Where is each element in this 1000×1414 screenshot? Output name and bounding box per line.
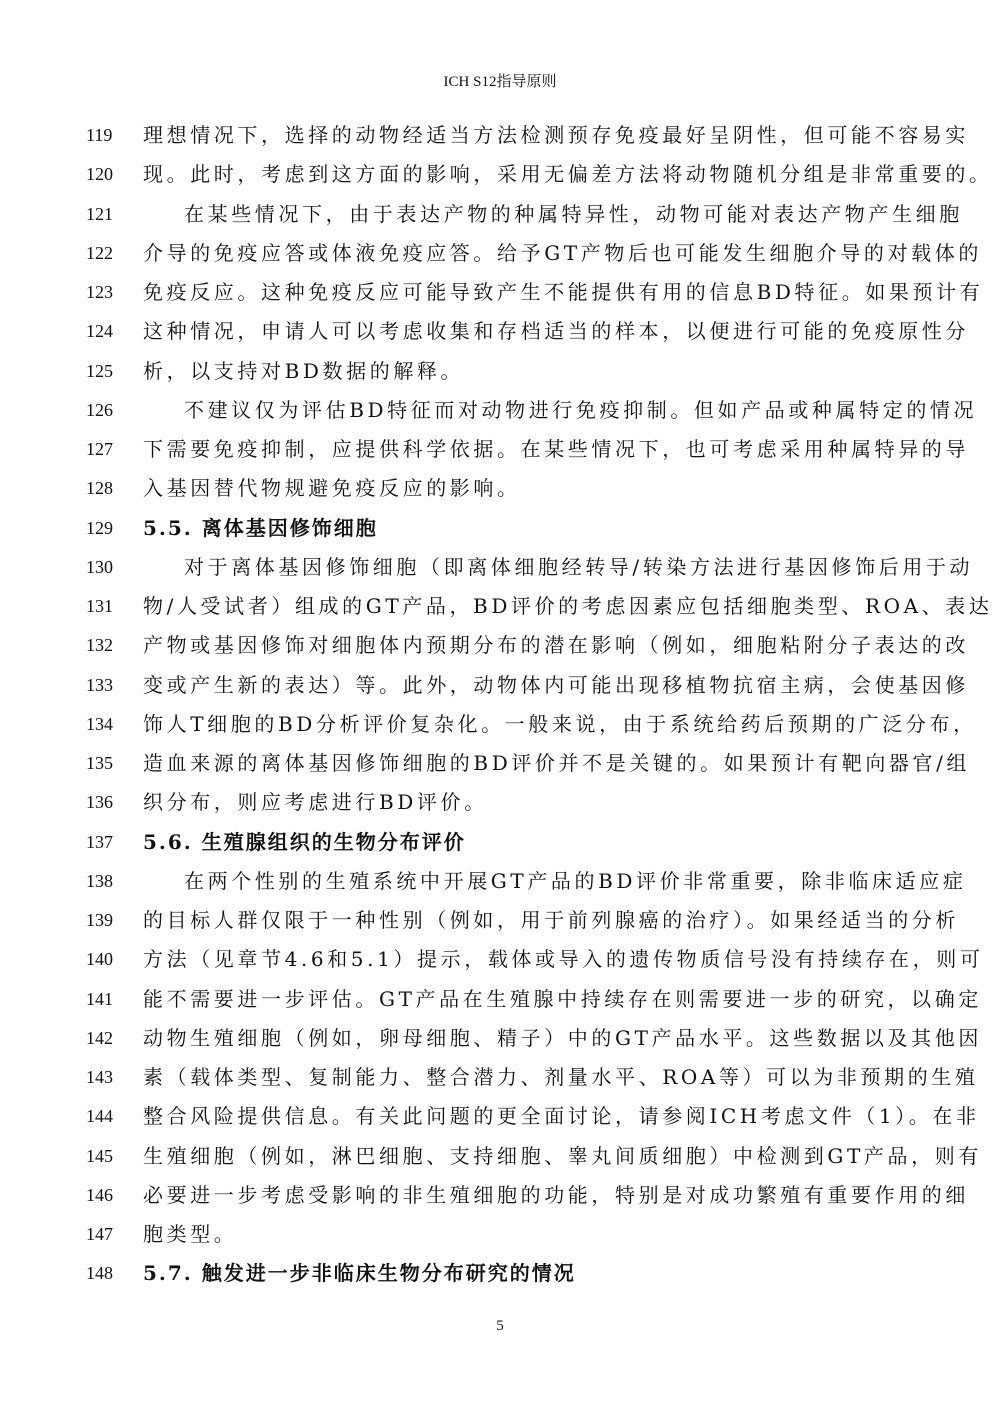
line-number: 139	[86, 901, 126, 940]
paragraph-text: 变或产生新的表达）等。此外，动物体内可能出现移植物抗宿主病，会使基因修	[143, 666, 969, 705]
line-number: 126	[86, 391, 126, 430]
text-line: 123免疫反应。这种免疫反应可能导致产生不能提供有用的信息BD特征。如果预计有	[0, 273, 1000, 312]
text-line: 135造血来源的离体基因修饰细胞的BD评价并不是关键的。如果预计有靶向器官/组	[0, 744, 1000, 783]
paragraph-text: 不建议仅为评估BD特征而对动物进行免疫抑制。但如产品或种属特定的情况	[184, 391, 977, 430]
text-line: 130对于离体基因修饰细胞（即离体细胞经转导/转染方法进行基因修饰后用于动	[0, 548, 1000, 587]
line-number: 127	[86, 430, 126, 469]
line-number: 140	[86, 940, 126, 979]
line-number: 128	[86, 469, 126, 508]
section-heading-line: 1375.6. 生殖腺组织的生物分布评价	[0, 823, 1000, 862]
line-number: 125	[86, 352, 126, 391]
paragraph-text: 胞类型。	[143, 1215, 237, 1254]
paragraph-text: 能不需要进一步评估。GT产品在生殖腺中持续存在则需要进一步的研究，以确定	[143, 980, 982, 1019]
section-heading-line: 1295.5. 离体基因修饰细胞	[0, 509, 1000, 548]
paragraph-text: 织分布，则应考虑进行BD评价。	[143, 783, 488, 822]
text-line: 128入基因替代物规避免疫反应的影响。	[0, 469, 1000, 508]
line-number: 134	[86, 705, 126, 744]
text-line: 131物/人受试者）组成的GT产品，BD评价的考虑因素应包括细胞类型、ROA、表…	[0, 587, 1000, 626]
line-number: 132	[86, 626, 126, 665]
paragraph-text: 方法（见章节4.6和5.1）提示，载体或导入的遗传物质信号没有持续存在，则可	[143, 940, 983, 979]
line-number: 141	[86, 980, 126, 1019]
text-line: 120现。此时，考虑到这方面的影响，采用无偏差方法将动物随机分组是非常重要的。	[0, 155, 1000, 194]
line-number: 123	[86, 273, 126, 312]
text-line: 140方法（见章节4.6和5.1）提示，载体或导入的遗传物质信号没有持续存在，则…	[0, 940, 1000, 979]
paragraph-text: 生殖细胞（例如，淋巴细胞、支持细胞、睾丸间质细胞）中检测到GT产品，则有	[143, 1137, 982, 1176]
paragraph-text: 的目标人群仅限于一种性别（例如，用于前列腺癌的治疗）。如果经适当的分析	[143, 901, 959, 940]
line-number: 119	[86, 116, 126, 155]
line-number: 138	[86, 862, 126, 901]
line-number: 120	[86, 155, 126, 194]
line-number: 135	[86, 744, 126, 783]
paragraph-text: 造血来源的离体基因修饰细胞的BD评价并不是关键的。如果预计有靶向器官/组	[143, 744, 970, 783]
document-body: 119理想情况下，选择的动物经适当方法检测预存免疫最好呈阴性，但可能不容易实12…	[0, 116, 1000, 1294]
text-line: 127下需要免疫抑制，应提供科学依据。在某些情况下，也可考虑采用种属特异的导	[0, 430, 1000, 469]
text-line: 126不建议仅为评估BD特征而对动物进行免疫抑制。但如产品或种属特定的情况	[0, 391, 1000, 430]
line-number: 133	[86, 666, 126, 705]
paragraph-text: 在某些情况下，由于表达产物的种属特异性，动物可能对表达产物产生细胞	[184, 195, 963, 234]
text-line: 145生殖细胞（例如，淋巴细胞、支持细胞、睾丸间质细胞）中检测到GT产品，则有	[0, 1137, 1000, 1176]
paragraph-text: 动物生殖细胞（例如，卵母细胞、精子）中的GT产品水平。这些数据以及其他因	[143, 1019, 982, 1058]
text-line: 141能不需要进一步评估。GT产品在生殖腺中持续存在则需要进一步的研究，以确定	[0, 980, 1000, 1019]
running-header: ICH S12指导原则	[0, 70, 1000, 91]
text-line: 125析，以支持对BD数据的解释。	[0, 352, 1000, 391]
paragraph-text: 在两个性别的生殖系统中开展GT产品的BD评价非常重要，除非临床适应症	[184, 862, 966, 901]
line-number: 124	[86, 312, 126, 351]
paragraph-text: 产物或基因修饰对细胞体内预期分布的潜在影响（例如，细胞粘附分子表达的改	[143, 626, 969, 665]
line-number: 142	[86, 1019, 126, 1058]
text-line: 139的目标人群仅限于一种性别（例如，用于前列腺癌的治疗）。如果经适当的分析	[0, 901, 1000, 940]
paragraph-text: 必要进一步考虑受影响的非生殖细胞的功能，特别是对成功繁殖有重要作用的细	[143, 1176, 969, 1215]
text-line: 134饰人T细胞的BD分析评价复杂化。一般来说，由于系统给药后预期的广泛分布，	[0, 705, 1000, 744]
section-heading-line: 1485.7. 触发进一步非临床生物分布研究的情况	[0, 1254, 1000, 1293]
text-line: 122介导的免疫应答或体液免疫应答。给予GT产物后也可能发生细胞介导的对载体的	[0, 234, 1000, 273]
paragraph-text: 下需要免疫抑制，应提供科学依据。在某些情况下，也可考虑采用种属特异的导	[143, 430, 969, 469]
paragraph-text: 饰人T细胞的BD分析评价复杂化。一般来说，由于系统给药后预期的广泛分布，	[143, 705, 977, 744]
text-line: 124这种情况，申请人可以考虑收集和存档适当的样本，以便进行可能的免疫原性分	[0, 312, 1000, 351]
line-number: 130	[86, 548, 126, 587]
line-number: 122	[86, 234, 126, 273]
text-line: 146必要进一步考虑受影响的非生殖细胞的功能，特别是对成功繁殖有重要作用的细	[0, 1176, 1000, 1215]
line-number: 136	[86, 783, 126, 822]
paragraph-text: 现。此时，考虑到这方面的影响，采用无偏差方法将动物随机分组是非常重要的。	[143, 155, 993, 194]
line-number: 131	[86, 587, 126, 626]
line-number: 148	[86, 1254, 126, 1293]
paragraph-text: 理想情况下，选择的动物经适当方法检测预存免疫最好呈阴性，但可能不容易实	[143, 116, 969, 155]
paragraph-text: 入基因替代物规避免疫反应的影响。	[143, 469, 521, 508]
line-number: 146	[86, 1176, 126, 1215]
section-heading: 5.6. 生殖腺组织的生物分布评价	[143, 823, 466, 862]
paragraph-text: 物/人受试者）组成的GT产品，BD评价的考虑因素应包括细胞类型、ROA、表达	[143, 587, 993, 626]
text-line: 143素（载体类型、复制能力、整合潜力、剂量水平、ROA等）可以为非预期的生殖	[0, 1058, 1000, 1097]
text-line: 133变或产生新的表达）等。此外，动物体内可能出现移植物抗宿主病，会使基因修	[0, 666, 1000, 705]
paragraph-text: 这种情况，申请人可以考虑收集和存档适当的样本，以便进行可能的免疫原性分	[143, 312, 969, 351]
paragraph-text: 介导的免疫应答或体液免疫应答。给予GT产物后也可能发生细胞介导的对载体的	[143, 234, 982, 273]
text-line: 142动物生殖细胞（例如，卵母细胞、精子）中的GT产品水平。这些数据以及其他因	[0, 1019, 1000, 1058]
text-line: 119理想情况下，选择的动物经适当方法检测预存免疫最好呈阴性，但可能不容易实	[0, 116, 1000, 155]
text-line: 138在两个性别的生殖系统中开展GT产品的BD评价非常重要，除非临床适应症	[0, 862, 1000, 901]
line-number: 145	[86, 1137, 126, 1176]
paragraph-text: 素（载体类型、复制能力、整合潜力、剂量水平、ROA等）可以为非预期的生殖	[143, 1058, 979, 1097]
text-line: 132产物或基因修饰对细胞体内预期分布的潜在影响（例如，细胞粘附分子表达的改	[0, 626, 1000, 665]
text-line: 121在某些情况下，由于表达产物的种属特异性，动物可能对表达产物产生细胞	[0, 195, 1000, 234]
page-number: 5	[0, 1318, 1000, 1335]
line-number: 143	[86, 1058, 126, 1097]
line-number: 121	[86, 195, 126, 234]
line-number: 137	[86, 823, 126, 862]
line-number: 129	[86, 509, 126, 548]
text-line: 147胞类型。	[0, 1215, 1000, 1254]
paragraph-text: 整合风险提供信息。有关此问题的更全面讨论，请参阅ICH考虑文件（1）。在非	[143, 1097, 980, 1136]
section-heading: 5.5. 离体基因修饰细胞	[143, 509, 378, 548]
paragraph-text: 对于离体基因修饰细胞（即离体细胞经转导/转染方法进行基因修饰后用于动	[184, 548, 973, 587]
line-number: 144	[86, 1097, 126, 1136]
text-line: 144整合风险提供信息。有关此问题的更全面讨论，请参阅ICH考虑文件（1）。在非	[0, 1097, 1000, 1136]
line-number: 147	[86, 1215, 126, 1254]
text-line: 136织分布，则应考虑进行BD评价。	[0, 783, 1000, 822]
paragraph-text: 析，以支持对BD数据的解释。	[143, 352, 464, 391]
section-heading: 5.7. 触发进一步非临床生物分布研究的情况	[143, 1254, 576, 1293]
paragraph-text: 免疫反应。这种免疫反应可能导致产生不能提供有用的信息BD特征。如果预计有	[143, 273, 983, 312]
